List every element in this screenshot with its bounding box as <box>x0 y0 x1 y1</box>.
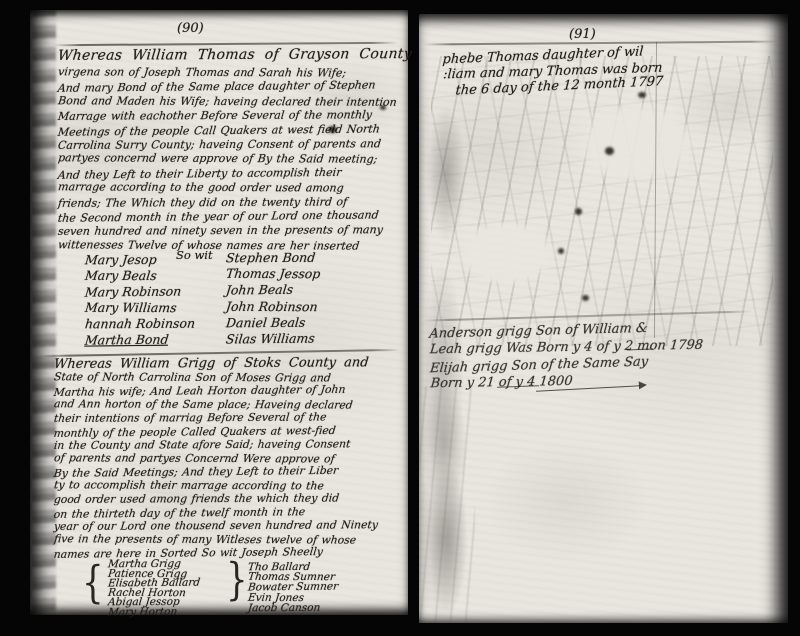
ink-blot <box>582 295 589 301</box>
witness-column-right: Stephen Bond Thomas Jessop John Beals Jo… <box>226 250 320 347</box>
witness-column-right: Tho Ballard Thomas Sumner Bowater Sumner… <box>248 562 338 613</box>
witness-name: John Beals <box>225 282 321 299</box>
witness-name: John Robinson <box>225 298 321 315</box>
witness-name: Silas Williams <box>225 331 321 348</box>
left-page-number: (90) <box>177 21 204 36</box>
witness-column-left: Martha Grigg Patience Grigg Elisabeth Ba… <box>108 560 200 618</box>
witness-name: Mary Williams <box>84 300 196 316</box>
birth-note-grigg-children: Anderson grigg Son of William & Leah gri… <box>429 319 704 393</box>
bleedthrough-texture <box>419 386 475 622</box>
witness-name: Martha Bond <box>84 331 196 348</box>
marriage-record-thomas-bond: Whereas William Thomas of Grayson County… <box>58 47 393 253</box>
record-line: year of our Lord one thousend seven hund… <box>53 518 405 533</box>
record-line: Whereas William Grigg of Stoks County an… <box>53 356 405 371</box>
witness-name: Stephen Bond <box>225 250 321 267</box>
record-line: seven hundred and ninety seven in the pr… <box>57 224 394 240</box>
witness-name: hannah Robinson <box>84 316 196 333</box>
ink-blot <box>380 105 386 110</box>
marriage-record-grigg-horton: Whereas William Grigg of Stoks County an… <box>54 357 404 560</box>
right-page: (91) phebe Thomas daughter of wil :liam … <box>419 14 788 623</box>
witness-name: Mary Horton <box>107 607 200 618</box>
witness-name: Mary Beals <box>84 268 196 284</box>
witness-name: Daniel Beals <box>225 315 321 332</box>
heading-rule <box>423 40 779 45</box>
ink-blot <box>558 248 564 254</box>
brace-glyph: { <box>82 557 104 609</box>
bleedthrough-texture <box>431 56 773 346</box>
witness-name: Mary Jesop <box>84 252 196 269</box>
brace-glyph: } <box>226 554 248 606</box>
right-page-number: (91) <box>569 27 596 42</box>
scanned-register-image: (90) Whereas William Thomas of Grayson C… <box>0 0 800 636</box>
record-line: marrage according to the good order used… <box>57 181 393 197</box>
ink-blot <box>575 208 582 215</box>
witness-name: Thomas Jessop <box>225 266 321 283</box>
ink-blot <box>328 126 337 133</box>
witness-column-left: Mary Jesop Mary Beals Mary Robinson Mary… <box>85 252 195 348</box>
ink-blot <box>638 92 646 98</box>
record-line: Whereas William Thomas of Grayson County <box>57 46 394 65</box>
ink-blot <box>605 147 614 155</box>
witness-name: Mary Robinson <box>84 283 196 300</box>
left-page: (90) Whereas William Thomas of Grayson C… <box>30 10 408 615</box>
witness-name: Jacob Canson <box>247 603 338 614</box>
record-line: in the County and State afore Said; have… <box>53 437 405 452</box>
